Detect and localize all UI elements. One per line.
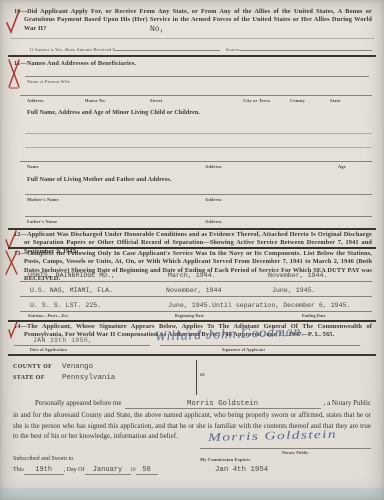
- child-line-2: [25, 147, 372, 148]
- house-no-col-label: House No.: [85, 98, 106, 103]
- section-11-heading: 11—Names And Addresses of Beneficiaries.: [14, 60, 264, 68]
- section-divider: [8, 55, 376, 57]
- father-name-label: Father's Name: [27, 219, 57, 224]
- county-value: Venango: [62, 363, 93, 371]
- section-divider: [8, 354, 376, 356]
- scan-edge-tint: [0, 488, 384, 500]
- begin-date-col-label: Beginning Date: [175, 313, 204, 318]
- section-divider: [8, 228, 376, 230]
- city-town-col-label: City or Town: [243, 98, 270, 103]
- subscribed-label: Subscribed and Sworn to: [13, 456, 73, 462]
- source-blank-line: [239, 44, 372, 51]
- red-checkmark-icon: [7, 320, 19, 340]
- red-x-mark-icon: [2, 248, 20, 278]
- section-divider: [8, 320, 376, 322]
- appeared-row: Personally appeared before me Morris Gol…: [13, 399, 371, 409]
- state-of-label: STATE OF: [13, 375, 45, 381]
- street-col-label: Street: [150, 98, 162, 103]
- notary-public-label: Notary Public: [282, 450, 309, 455]
- state-value: Pennsylvania: [62, 374, 115, 382]
- station-cell: USNTS, BAINBRIDGE MD.,: [28, 272, 115, 279]
- amount-blank-line: [115, 44, 220, 51]
- year-value: 50: [136, 466, 158, 475]
- signature-line: [160, 345, 360, 346]
- ruled-line: [10, 38, 374, 39]
- children-label: Full Name, Address and Age of Minor Livi…: [27, 110, 327, 118]
- child-line-1: [25, 133, 372, 134]
- end-date-cell: June, 1945.: [272, 287, 316, 294]
- notary-signature: Morris Goldstein: [208, 429, 337, 444]
- stations-col-label: Stations—Posts—Etc.: [28, 313, 69, 318]
- notary-signature-line: [200, 448, 371, 449]
- child-line-3: [20, 161, 372, 162]
- section-divider: [8, 247, 376, 249]
- day-of-label: , Day Of: [64, 467, 85, 473]
- ss-brace: [196, 360, 197, 395]
- station-cell: U.S. NAS, MIAMI, FLA.: [30, 287, 113, 294]
- notary-name-typed: Morris Goldstein: [125, 400, 321, 409]
- sworn-date-row: This 19th , Day Of January 19 50: [13, 466, 173, 475]
- this-label: This: [13, 467, 24, 473]
- commission-date-value: Jan 4th 1954: [215, 466, 268, 474]
- section-10-heading: 10—Did Applicant Apply For, or Receive F…: [14, 8, 372, 33]
- ruled-line: [20, 311, 372, 312]
- father-address-label: Address: [205, 219, 222, 224]
- ruled-line: [20, 281, 372, 282]
- red-checkmark-icon: [5, 9, 21, 35]
- commission-expires-label: My Commission Expires: [200, 457, 250, 462]
- source-label: Source: [226, 47, 239, 52]
- end-date-cell: Until separation, December 6, 1945.: [212, 302, 351, 309]
- appeared-suffix: , a Notary Public: [324, 399, 371, 407]
- amount-received-row: If Answer is Yes, Show Amount Received $…: [30, 44, 372, 52]
- wife-name-label: Name of Present Wife: [27, 79, 70, 84]
- red-x-mark-icon: [6, 57, 22, 91]
- ss-label: ss: [200, 372, 205, 378]
- father-line: [25, 216, 372, 217]
- begin-date-cell: June, 1945.: [168, 302, 212, 309]
- county-col-label: County: [290, 98, 305, 103]
- date-line: [14, 345, 150, 346]
- day-value: 19th: [24, 466, 64, 475]
- state-col-label: State: [330, 98, 341, 103]
- signature-of-applicant-label: Signature of Applicant: [222, 347, 265, 352]
- mother-address-label: Address: [205, 197, 222, 202]
- child-address-col-label: Address: [205, 164, 222, 169]
- county-of-label: COUNTY OF: [13, 364, 52, 370]
- begin-date-cell: March, 1944.: [168, 272, 215, 279]
- date-of-application-label: Date of Application: [30, 347, 67, 352]
- child-age-col-label: Age: [338, 164, 346, 169]
- appeared-prefix: Personally appeared before me: [35, 399, 122, 407]
- mother-name-label: Mother's Name: [27, 197, 59, 202]
- scanned-application-form: 10—Did Applicant Apply For, or Receive F…: [0, 0, 384, 500]
- mother-line: [25, 194, 372, 195]
- child-name-col-label: Name: [27, 164, 39, 169]
- parents-label: Full Name of Living Mother and Father an…: [27, 177, 327, 185]
- bonus-answer-value: No,: [150, 25, 164, 34]
- end-date-col-label: Ending Date: [302, 313, 326, 318]
- month-value: January: [85, 466, 131, 475]
- address-col-label: Address: [27, 98, 44, 103]
- end-date-cell: November, 1944.: [268, 272, 327, 279]
- address-line: [20, 95, 372, 96]
- wife-name-line: [25, 76, 369, 77]
- station-cell: U. S. S. LST. 225.: [30, 302, 101, 309]
- begin-date-cell: November, 1944: [166, 287, 221, 294]
- application-date-stamp: JAN 19th 1950,: [33, 337, 92, 344]
- if-yes-label: If Answer is Yes, Show Amount Received $: [30, 47, 115, 52]
- ruled-line: [20, 296, 372, 297]
